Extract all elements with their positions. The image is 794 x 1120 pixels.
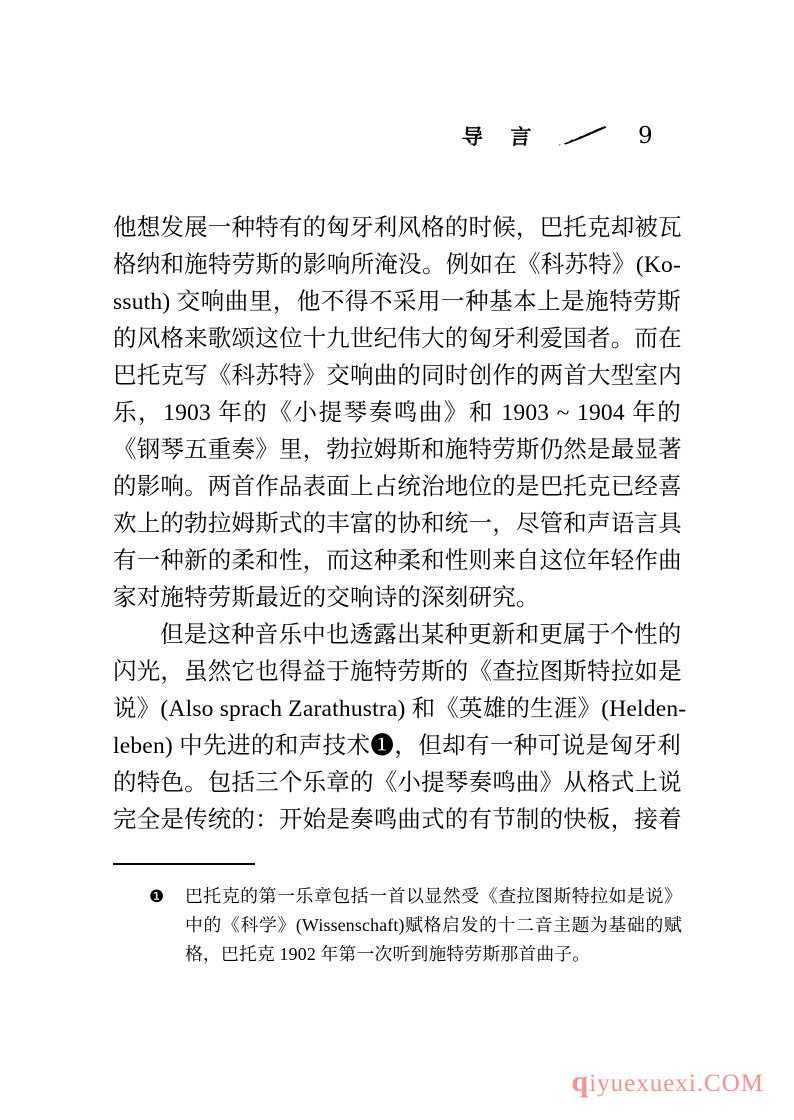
watermark-initial: q [572,1065,590,1098]
text-line: 《钢琴五重奏》里，勃拉姆斯和施特劳斯仍然是最显著 [113,432,681,469]
text-line: 的影响。两首作品表面上占统治地位的是巴托克已经喜 [113,469,681,506]
watermark-rest: iyuexuexi.COM [589,1070,764,1097]
text-line: 乐，1903 年的《小提琴奏鸣曲》和 1903 ~ 1904 年的 [113,395,681,432]
text-line: 闪光，虽然它也得益于施特劳斯的《查拉图斯特拉如是 [113,654,681,691]
text-line: 中的《科学》(Wissenschaft)赋格启发的十二音主题为基础的赋 [185,911,682,940]
text-line: 巴托克的第一乐章包括一首以显然受《查拉图斯特拉如是说》 [185,882,682,911]
text-line: 格，巴托克 1902 年第一次听到施特劳斯那首曲子。 [185,940,682,969]
watermark: qiyuexuexi.COM [572,1065,764,1099]
text-line: 但是这种音乐中也透露出某种更新和更属于个性的 [113,617,681,654]
text-line: 巴托克写《科苏特》交响曲的同时创作的两首大型室内 [113,358,681,395]
text-line: 的风格来歌颂这位十九世纪伟大的匈牙利爱国者。而在 [113,321,681,358]
footnote-marker-icon: ❶ [149,882,185,911]
text-line: ssuth) 交响曲里，他不得不采用一种基本上是施特劳斯 [113,284,681,321]
text-line: 他想发展一种特有的匈牙利风格的时候，巴托克却被瓦 [113,210,681,247]
footnote-text: 巴托克的第一乐章包括一首以显然受《查拉图斯特拉如是说》中的《科学》(Wissen… [185,882,682,969]
brush-flourish-icon [556,124,608,148]
text-line: 完全是传统的：开始是奏鸣曲式的有节制的快板，接着 [113,802,681,839]
text-line: 欢上的勃拉姆斯式的丰富的协和统一，尽管和声语言具 [113,506,681,543]
footnote: ❶ 巴托克的第一乐章包括一首以显然受《查拉图斯特拉如是说》中的《科学》(Wiss… [149,882,682,969]
text-line: 有一种新的柔和性，而这种柔和性则来自这位年轻作曲 [113,543,681,580]
text-line: 格纳和施特劳斯的影响所淹没。例如在《科苏特》(Ko- [113,247,681,284]
page-number: 9 [638,123,653,149]
text-line: 家对施特劳斯最近的交响诗的深刻研究。 [113,580,681,617]
running-head: 导言 9 [462,120,653,152]
text-line: leben) 中先进的和声技术❶，但却有一种可说是匈牙利 [113,728,681,765]
footnote-rule [113,863,255,865]
text-line: 的特色。包括三个乐章的《小提琴奏鸣曲》从格式上说 [113,765,681,802]
paragraph-1: 他想发展一种特有的匈牙利风格的时候，巴托克却被瓦格纳和施特劳斯的影响所淹没。例如… [113,210,681,617]
body-text: 他想发展一种特有的匈牙利风格的时候，巴托克却被瓦格纳和施特劳斯的影响所淹没。例如… [113,210,681,839]
text-line: 说》(Also sprach Zarathustra) 和《英雄的生涯》(Hel… [113,691,681,728]
chapter-title: 导言 [461,121,560,151]
paragraph-2: 但是这种音乐中也透露出某种更新和更属于个性的闪光，虽然它也得益于施特劳斯的《查拉… [113,617,681,839]
